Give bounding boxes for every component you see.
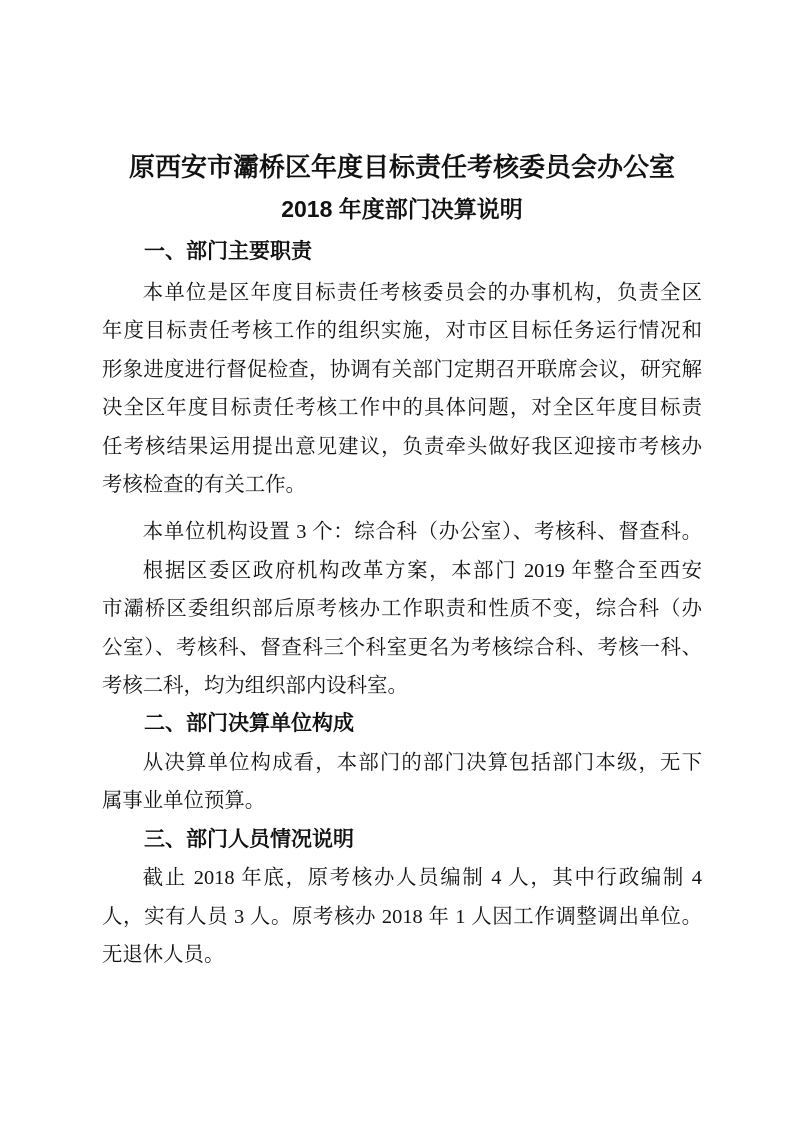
body-line: 市灞桥区委组织部后原考核办工作职责和性质不变，综合科（办 xyxy=(102,590,702,628)
paragraph: 本单位是区年度目标责任考核委员会的办事机构，负责全区年度目标责任考核工作的组织实… xyxy=(102,274,702,504)
body-line: 属事业单位预算。 xyxy=(102,782,702,820)
document-page: 原西安市灞桥区年度目标责任考核委员会办公室 2018 年度部门决算说明 一、部门… xyxy=(0,0,793,1122)
body-line: 考核检查的有关工作。 xyxy=(102,466,702,504)
document-title: 原西安市灞桥区年度目标责任考核委员会办公室 xyxy=(102,146,702,188)
body-line: 考核二科，均为组织部内设科室。 xyxy=(102,667,702,705)
body-line: 年度目标责任考核工作的组织实施，对市区目标任务运行情况和 xyxy=(102,312,702,350)
body-line: 截止 2018 年底，原考核办人员编制 4 人，其中行政编制 4 xyxy=(102,859,702,897)
body-line: 公室）、考核科、督查科三个科室更名为考核综合科、考核一科、 xyxy=(102,629,702,667)
document-subtitle: 2018 年度部门决算说明 xyxy=(102,188,702,230)
body-line: 从决算单位构成看，本部门的部门决算包括部门本级，无下 xyxy=(102,744,702,782)
document-body: 一、部门主要职责本单位是区年度目标责任考核委员会的办事机构，负责全区年度目标责任… xyxy=(102,232,702,974)
body-line: 根据区委区政府机构改革方案，本部门 2019 年整合至西安 xyxy=(102,552,702,590)
paragraph: 根据区委区政府机构改革方案，本部门 2019 年整合至西安市灞桥区委组织部后原考… xyxy=(102,552,702,706)
body-line: 任考核结果运用提出意见建议，负责牵头做好我区迎接市考核办 xyxy=(102,428,702,466)
section-heading: 二、部门决算单位构成 xyxy=(144,705,702,743)
body-line: 人，实有人员 3 人。原考核办 2018 年 1 人因工作调整调出单位。 xyxy=(102,898,702,936)
body-line: 决全区年度目标责任考核工作中的具体问题，对全区年度目标责 xyxy=(102,389,702,427)
body-line: 本单位机构设置 3 个：综合科（办公室）、考核科、督查科。 xyxy=(102,513,702,551)
body-line: 本单位是区年度目标责任考核委员会的办事机构，负责全区 xyxy=(102,274,702,312)
paragraph: 本单位机构设置 3 个：综合科（办公室）、考核科、督查科。 xyxy=(102,513,702,551)
section-heading: 三、部门人员情况说明 xyxy=(144,821,702,859)
body-line: 形象进度进行督促检查，协调有关部门定期召开联席会议，研究解 xyxy=(102,351,702,389)
body-line: 无退休人员。 xyxy=(102,936,702,974)
paragraph: 从决算单位构成看，本部门的部门决算包括部门本级，无下属事业单位预算。 xyxy=(102,744,702,821)
paragraph: 截止 2018 年底，原考核办人员编制 4 人，其中行政编制 4人，实有人员 3… xyxy=(102,859,702,974)
section-heading: 一、部门主要职责 xyxy=(144,232,702,272)
